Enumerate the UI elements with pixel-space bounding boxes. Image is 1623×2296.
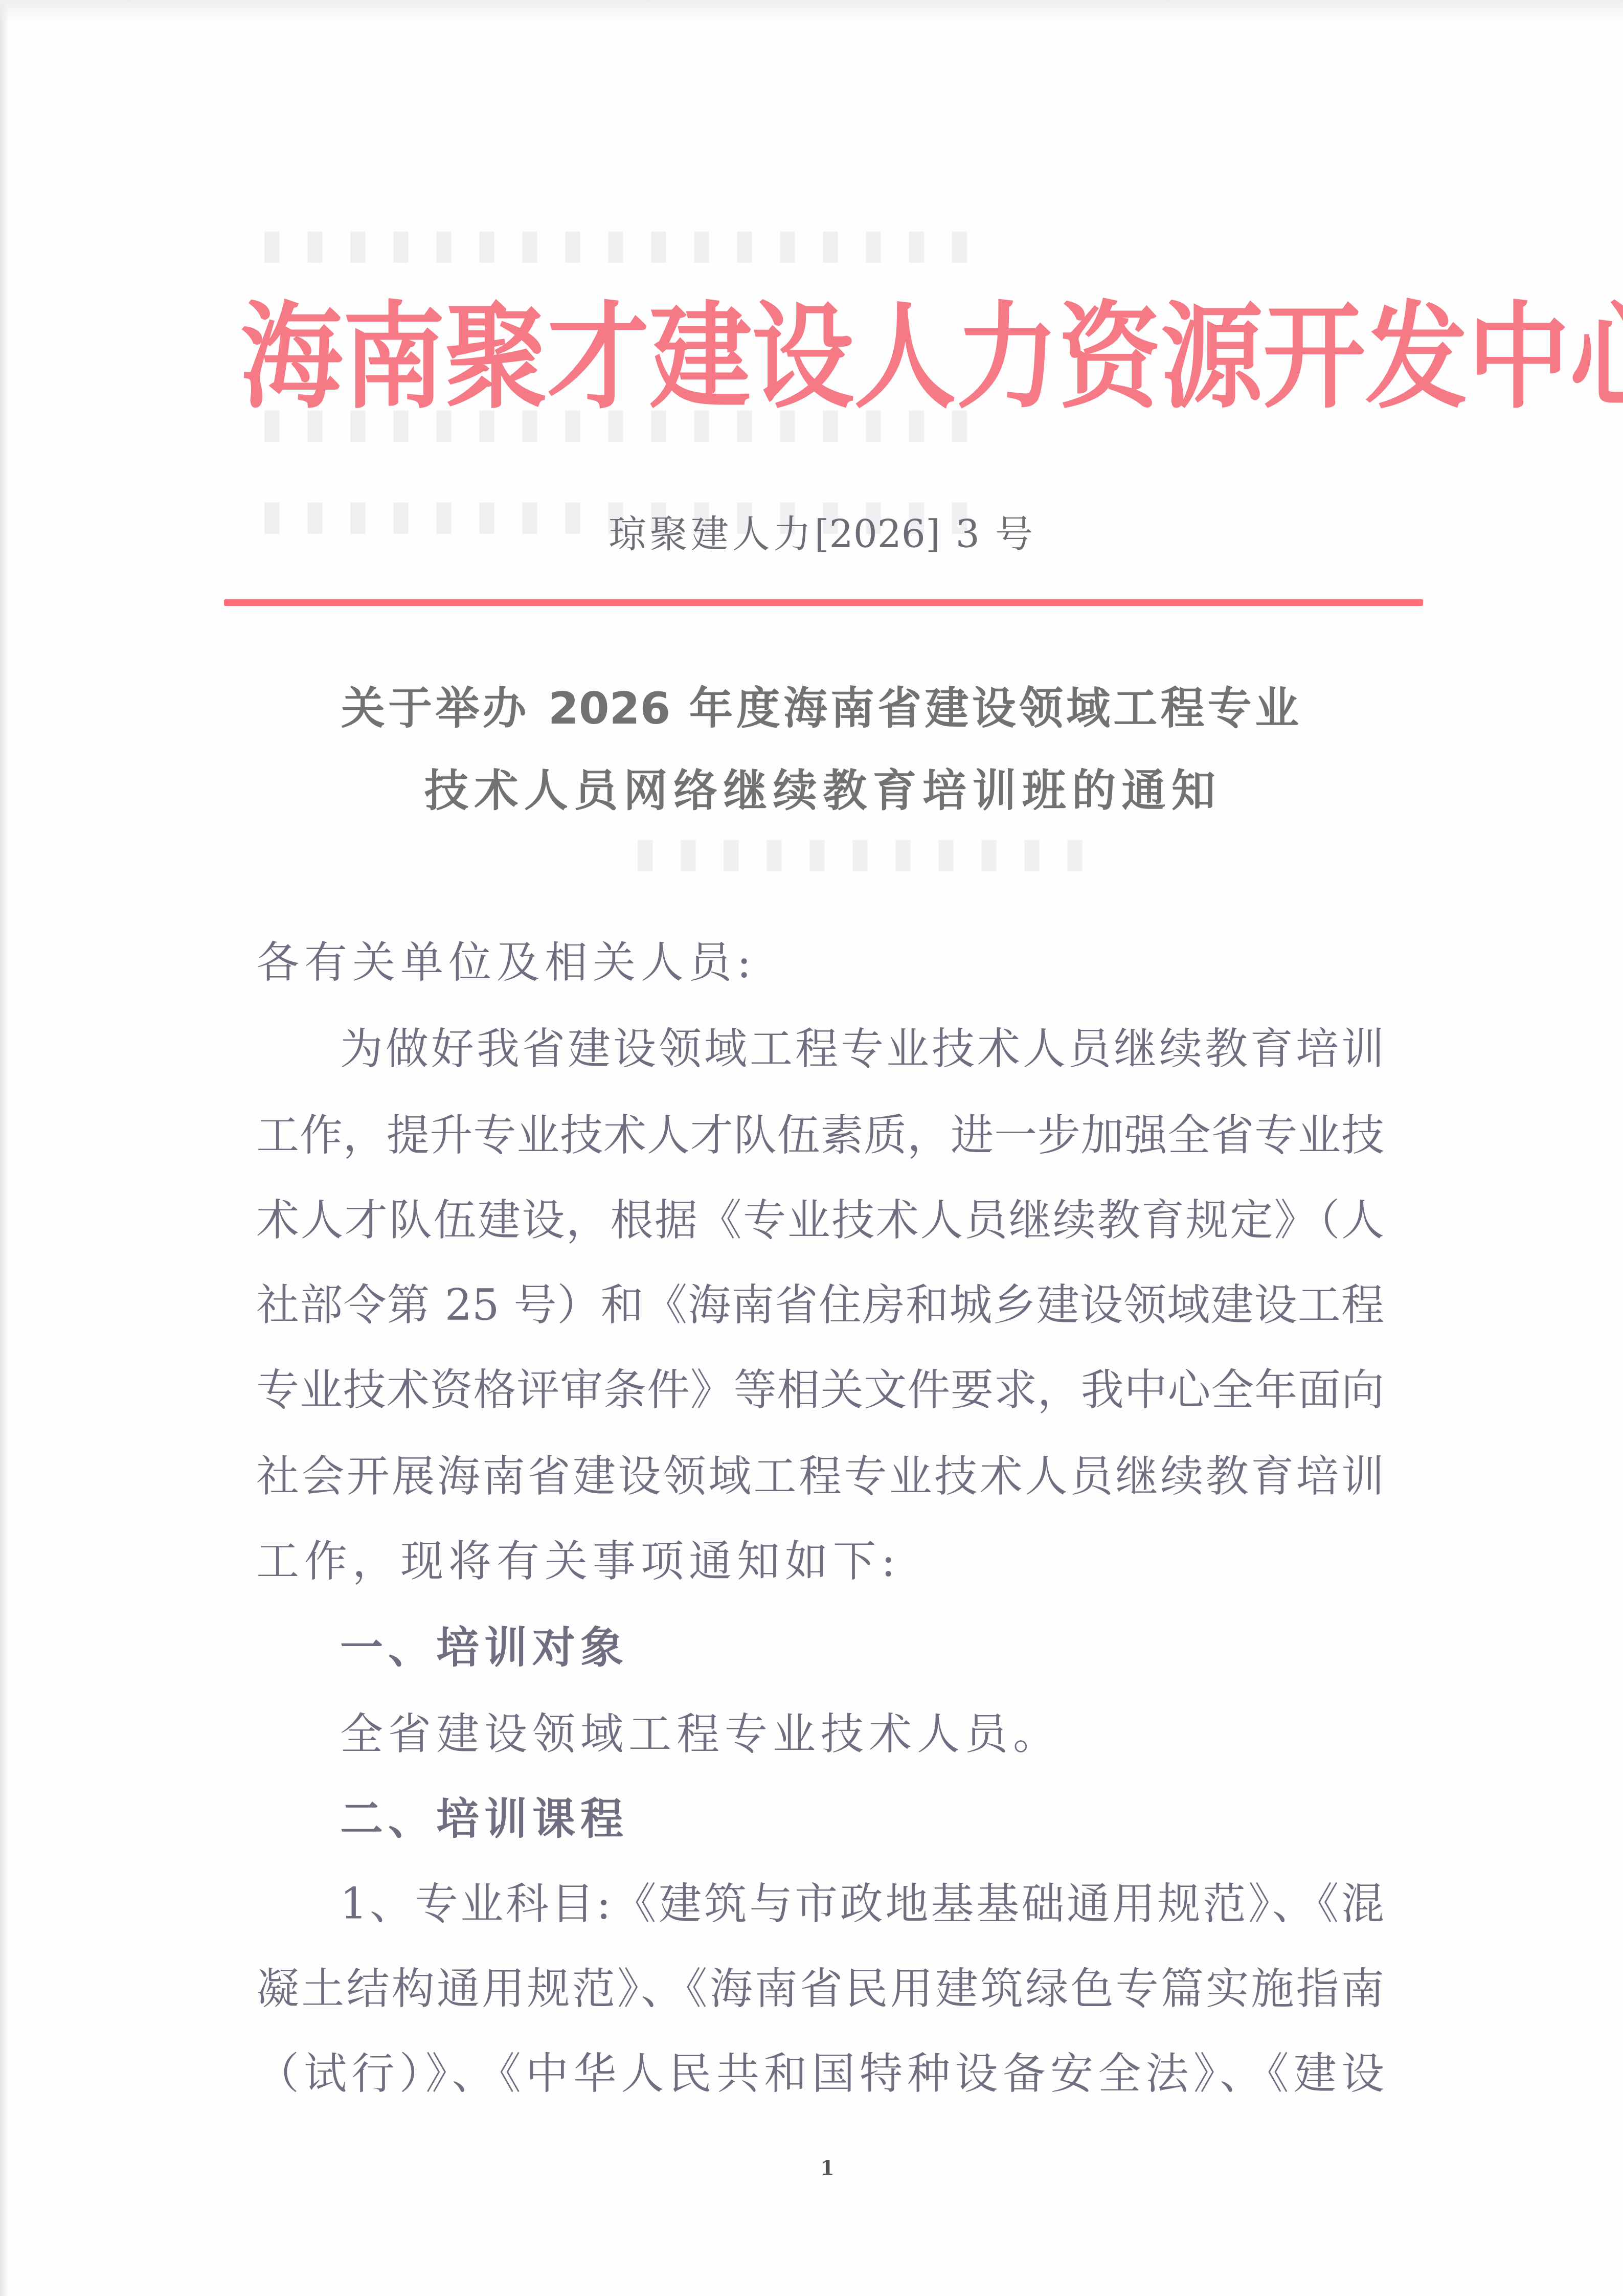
intro-paragraph-line: 为做好我省建设领域工程专业技术人员继续教育培训 (340, 1021, 1384, 1077)
page-number: 1 (817, 2153, 838, 2184)
section-line: 全省建设领域工程专业技术人员。 (340, 1706, 1384, 1762)
section-line: 1、专业科目:《建筑与市政地基基础通用规范》、《混 (340, 1876, 1384, 1932)
intro-paragraph-line: 社会开展海南省建设领域工程专业技术人员继续教育培训 (256, 1448, 1384, 1504)
intro-paragraph-line: 术人才队伍建设，根据《专业技术人员继续教育规定》（人 (256, 1192, 1384, 1248)
document-page: ▮▮▮▮▮▮▮▮▮▮▮▮▮▮▮▮▮ ▮▮▮▮▮▮▮▮▮▮▮▮▮▮▮▮▮ ▮▮▮▮… (0, 0, 1623, 2296)
section-line: （试行）》、《中华人民共和国特种设备安全法》、《建设 (256, 2045, 1384, 2102)
section-heading-training-target: 一、培训对象 (340, 1619, 1384, 1676)
intro-paragraph-line: 工作，提升专业技术人才队伍素质，进一步加强全省专业技 (256, 1107, 1384, 1163)
bleed-through-artifact: ▮▮▮▮▮▮▮▮▮▮▮ (614, 828, 1086, 876)
organization-header: 海南聚才建设人力资源开发中心 (240, 283, 1396, 432)
salutation: 各有关单位及相关人员: (256, 934, 1384, 991)
document-number: 琼聚建人力[2026] 3 号 (608, 509, 1033, 560)
section-line: 凝土结构通用规范》、《海南省民用建筑绿色专篇实施指南 (256, 1961, 1384, 2017)
bleed-through-artifact: ▮▮▮▮▮▮▮▮▮▮▮▮▮▮▮▮▮ (240, 220, 971, 267)
scan-top-shadow (0, 0, 1623, 24)
intro-paragraph-line: 专业技术资格评审条件》等相关文件要求，我中心全年面向 (256, 1362, 1384, 1418)
scan-edge-shadow (0, 0, 9, 2296)
intro-paragraph-line: 社部令第 25 号）和《海南省住房和城乡建设领域建设工程 (256, 1277, 1384, 1333)
intro-paragraph-line: 工作，现将有关事项通知如下: (256, 1533, 1384, 1589)
section-heading-training-courses: 二、培训课程 (340, 1791, 1384, 1847)
document-title-line-2: 技术人员网络继续教育培训班的通知 (424, 763, 1215, 819)
document-title-line-1: 关于举办 2026 年度海南省建设领域工程专业 (341, 681, 1299, 737)
red-divider-line (224, 599, 1423, 606)
